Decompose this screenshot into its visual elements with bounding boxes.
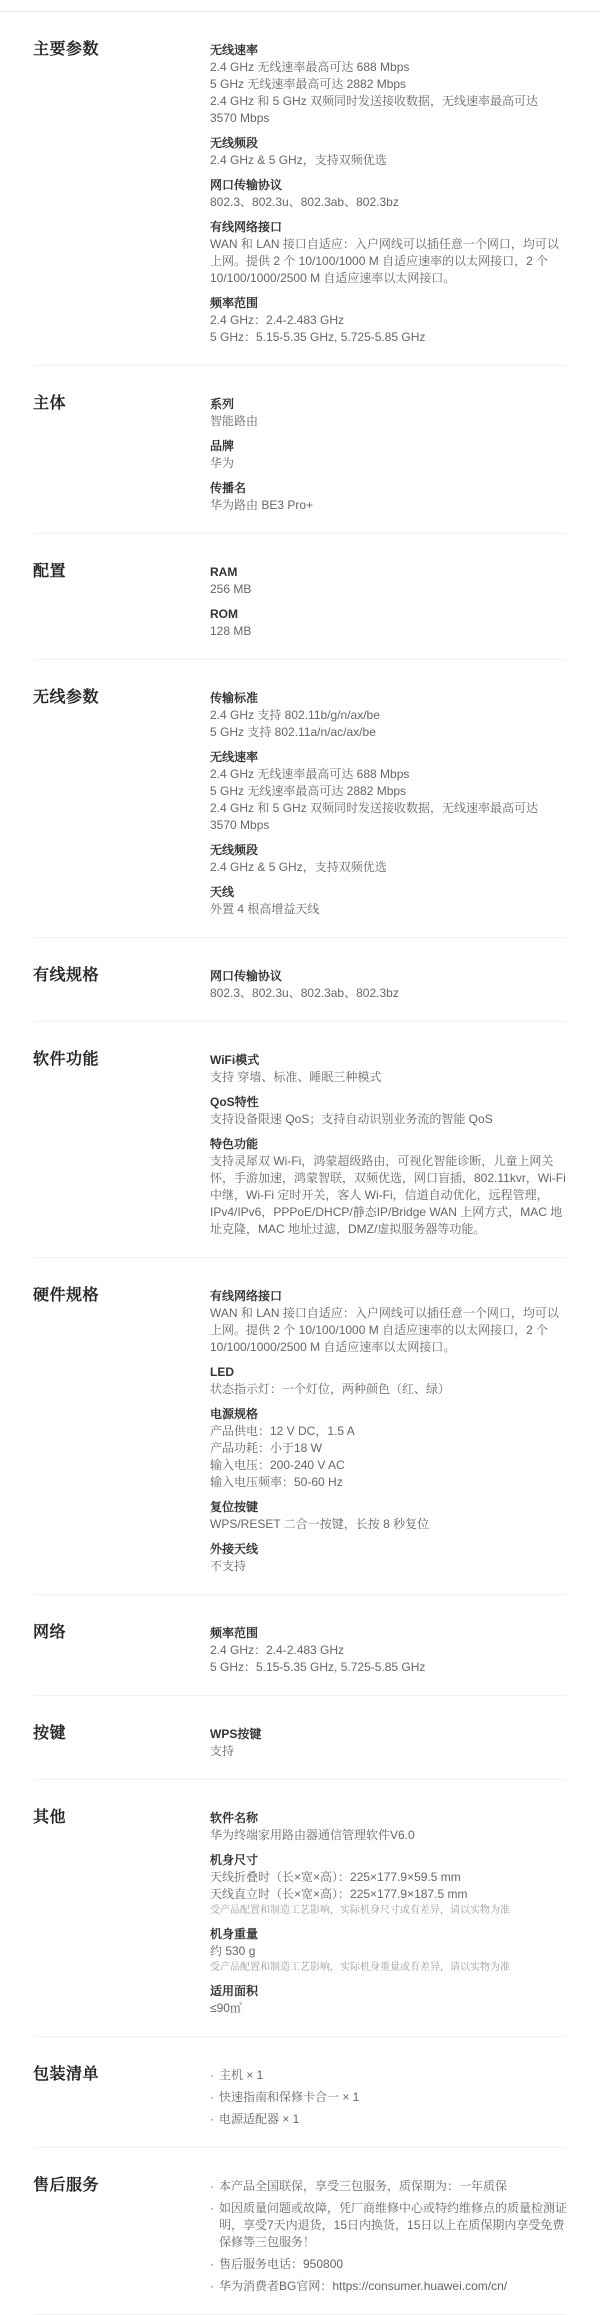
section-body: ·本产品全国联保，享受三包服务，质保期为：一年质保·如因质量问题或故障，凭厂商维… [210, 2178, 567, 2295]
spec-value: 2.4 GHz 支持 802.11b/g/n/ax/be [210, 707, 567, 724]
spec-group: 传输标准2.4 GHz 支持 802.11b/g/n/ax/be5 GHz 支持… [210, 690, 567, 741]
spec-label: 特色功能 [210, 1136, 567, 1153]
bullet-icon: · [210, 2089, 219, 2106]
section-wired-specs: 有线规格网口传输协议802.3、802.3u、802.3ab、802.3bz [0, 938, 600, 1021]
spec-value: WAN 和 LAN 接口自适应：入户网线可以插任意一个网口，均可以上网。提供 2… [210, 1305, 567, 1356]
section-configuration: 配置RAM256 MBROM128 MB [0, 534, 600, 659]
section-package-contents: 包装清单·主机 × 1·快速指南和保修卡合一 × 1·电源适配器 × 1 [0, 2037, 600, 2147]
list-item-text: 主机 × 1 [219, 2067, 567, 2084]
spec-value: 2.4 GHz & 5 GHz，支持双频优选 [210, 152, 567, 169]
section-body: 无线速率2.4 GHz 无线速率最高可达 688 Mbps5 GHz 无线速率最… [210, 42, 567, 346]
section-after-sales: 售后服务·本产品全国联保，享受三包服务，质保期为：一年质保·如因质量问题或故障，… [0, 2148, 600, 2314]
spec-group: 有线网络接口WAN 和 LAN 接口自适应：入户网线可以插任意一个网口，均可以上… [210, 219, 567, 287]
section-body: WiFi模式支持 穿墙、标准、睡眠三种模式QoS特性支持设备限速 QoS；支持自… [210, 1052, 567, 1238]
spec-page: 主要参数无线速率2.4 GHz 无线速率最高可达 688 Mbps5 GHz 无… [0, 11, 600, 2315]
section-title: 主体 [33, 394, 210, 514]
spec-group: 频率范围2.4 GHz：2.4-2.483 GHz5 GHz：5.15-5.35… [210, 1625, 567, 1676]
spec-value: 5 GHz：5.15-5.35 GHz, 5.725-5.85 GHz [210, 329, 567, 346]
spec-label: LED [210, 1364, 567, 1381]
section-title: 售后服务 [33, 2176, 210, 2295]
section-body: 有线网络接口WAN 和 LAN 接口自适应：入户网线可以插任意一个网口，均可以上… [210, 1288, 567, 1575]
section-body: 主体系列智能路由品牌华为传播名华为路由 BE3 Pro+ [0, 366, 600, 533]
spec-value: 支持 穿墙、标准、睡眠三种模式 [210, 1069, 567, 1086]
spec-group: 适用面积≤90㎡ [210, 1983, 567, 2017]
section-title: 配置 [33, 562, 210, 640]
spec-label: 传播名 [210, 480, 567, 497]
spec-label: WPS按键 [210, 1726, 567, 1743]
spec-value: WAN 和 LAN 接口自适应：入户网线可以插任意一个网口，均可以上网。提供 2… [210, 236, 567, 287]
list-item: ·本产品全国联保，享受三包服务，质保期为：一年质保 [210, 2178, 567, 2195]
spec-group: 机身尺寸天线折叠时（长×宽×高）：225×177.9×59.5 mm天线直立时（… [210, 1852, 567, 1918]
spec-value: 约 530 g [210, 1943, 567, 1960]
spec-label: 品牌 [210, 438, 567, 455]
list-item: ·快速指南和保修卡合一 × 1 [210, 2089, 567, 2106]
spec-value: 产品功耗：小于18 W [210, 1440, 567, 1457]
spec-value: 256 MB [210, 581, 567, 598]
section-title: 按键 [33, 1724, 210, 1760]
section-wireless-params: 无线参数传输标准2.4 GHz 支持 802.11b/g/n/ax/be5 GH… [0, 660, 600, 937]
list-item-text: 如因质量问题或故障，凭厂商维修中心或特约维修点的质量检测证明，享受7天内退货，1… [219, 2200, 567, 2251]
bullet-icon: · [210, 2178, 219, 2195]
spec-group: 外接天线不支持 [210, 1541, 567, 1575]
spec-label: ROM [210, 606, 567, 623]
spec-group: 网口传输协议802.3、802.3u、802.3ab、802.3bz [210, 968, 567, 1002]
spec-label: RAM [210, 564, 567, 581]
spec-group: 复位按键WPS/RESET 二合一按键，长按 8 秒复位 [210, 1499, 567, 1533]
spec-value: 5 GHz 无线速率最高可达 2882 Mbps [210, 76, 567, 93]
section-title: 包装清单 [33, 2065, 210, 2128]
section-body: ·主机 × 1·快速指南和保修卡合一 × 1·电源适配器 × 1 [210, 2067, 567, 2128]
spec-value: 天线直立时（长×宽×高）：225×177.9×187.5 mm [210, 1886, 567, 1903]
section-software-features: 软件功能WiFi模式支持 穿墙、标准、睡眠三种模式QoS特性支持设备限速 QoS… [0, 1022, 600, 1257]
spec-value: 天线折叠时（长×宽×高）：225×177.9×59.5 mm [210, 1869, 567, 1886]
spec-value: 智能路由 [210, 413, 567, 430]
spec-label: 无线频段 [210, 842, 567, 859]
spec-group: 传播名华为路由 BE3 Pro+ [210, 480, 567, 514]
list-item: ·主机 × 1 [210, 2067, 567, 2084]
spec-value: 输入电压：200-240 V AC [210, 1457, 567, 1474]
spec-label: 有线网络接口 [210, 219, 567, 236]
spec-value: 2.4 GHz & 5 GHz，支持双频优选 [210, 859, 567, 876]
spec-group: QoS特性支持设备限速 QoS；支持自动识别业务流的智能 QoS [210, 1094, 567, 1128]
bullet-icon: · [210, 2256, 219, 2273]
list-item-text: 华为消费者BG官网：https://consumer.huawei.com/cn… [219, 2278, 567, 2295]
spec-group: RAM256 MB [210, 564, 567, 598]
section-hardware-specs: 硬件规格有线网络接口WAN 和 LAN 接口自适应：入户网线可以插任意一个网口，… [0, 1258, 600, 1594]
spec-value: 2.4 GHz 和 5 GHz 双频同时发送接收数据，无线速率最高可达 3570… [210, 93, 567, 127]
spec-group: 频率范围2.4 GHz：2.4-2.483 GHz5 GHz：5.15-5.35… [210, 295, 567, 346]
spec-value: 2.4 GHz 无线速率最高可达 688 Mbps [210, 766, 567, 783]
section-title: 其他 [33, 1808, 210, 2017]
spec-note: 受产品配置和制造工艺影响，实际机身重量或有差异，请以实物为准 [210, 1960, 567, 1975]
spec-group: 网口传输协议802.3、802.3u、802.3ab、802.3bz [210, 177, 567, 211]
spec-note: 受产品配置和制造工艺影响，实际机身尺寸或有差异，请以实物为准 [210, 1903, 567, 1918]
spec-group: 特色功能支持灵犀双 Wi-Fi，鸿蒙超级路由，可视化智能诊断，儿童上网关怀，手游… [210, 1136, 567, 1238]
section-title: 有线规格 [33, 966, 210, 1002]
section-body: 网口传输协议802.3、802.3u、802.3ab、802.3bz [210, 968, 567, 1002]
bullet-icon: · [210, 2067, 219, 2084]
spec-label: 外接天线 [210, 1541, 567, 1558]
spec-value: 支持设备限速 QoS；支持自动识别业务流的智能 QoS [210, 1111, 567, 1128]
section-network: 网络频率范围2.4 GHz：2.4-2.483 GHz5 GHz：5.15-5.… [0, 1595, 600, 1695]
spec-label: 适用面积 [210, 1983, 567, 2000]
spec-value: 2.4 GHz 和 5 GHz 双频同时发送接收数据，无线速率最高可达 3570… [210, 800, 567, 834]
aftersales-website-link[interactable]: https://consumer.huawei.com/cn/ [332, 2279, 507, 2293]
spec-label: 机身重量 [210, 1926, 567, 1943]
section-body: 软件名称华为终端家用路由器通信管理软件V6.0机身尺寸天线折叠时（长×宽×高）：… [210, 1810, 567, 2017]
spec-group: 品牌华为 [210, 438, 567, 472]
list-item: ·华为消费者BG官网：https://consumer.huawei.com/c… [210, 2278, 567, 2295]
spec-value: 2.4 GHz：2.4-2.483 GHz [210, 1642, 567, 1659]
spec-value: 5 GHz：5.15-5.35 GHz, 5.725-5.85 GHz [210, 1659, 567, 1676]
spec-value: 产品供电：12 V DC，1.5 A [210, 1423, 567, 1440]
list-item-text: 售后服务电话：950800 [219, 2256, 567, 2273]
spec-group: 无线频段2.4 GHz & 5 GHz，支持双频优选 [210, 135, 567, 169]
spec-value: 华为终端家用路由器通信管理软件V6.0 [210, 1827, 567, 1844]
section-title: 网络 [33, 1623, 210, 1676]
spec-group: 无线频段2.4 GHz & 5 GHz，支持双频优选 [210, 842, 567, 876]
spec-value: 802.3、802.3u、802.3ab、802.3bz [210, 194, 567, 211]
spec-label: 网口传输协议 [210, 177, 567, 194]
spec-group: 天线外置 4 根高增益天线 [210, 884, 567, 918]
section-title: 主要参数 [33, 40, 210, 346]
bullet-icon: · [210, 2111, 219, 2128]
spec-value: 支持 [210, 1743, 567, 1760]
spec-label: QoS特性 [210, 1094, 567, 1111]
spec-label: 电源规格 [210, 1406, 567, 1423]
spec-group: 无线速率2.4 GHz 无线速率最高可达 688 Mbps5 GHz 无线速率最… [210, 749, 567, 834]
bullet-icon: · [210, 2200, 219, 2251]
section-title: 无线参数 [33, 688, 210, 918]
list-item: ·如因质量问题或故障，凭厂商维修中心或特约维修点的质量检测证明，享受7天内退货，… [210, 2200, 567, 2251]
section-body: 系列智能路由品牌华为传播名华为路由 BE3 Pro+ [210, 396, 567, 514]
section-title: 软件功能 [33, 1050, 210, 1238]
section-body: 频率范围2.4 GHz：2.4-2.483 GHz5 GHz：5.15-5.35… [210, 1625, 567, 1676]
spec-label: WiFi模式 [210, 1052, 567, 1069]
spec-label: 无线速率 [210, 749, 567, 766]
spec-value: 支持灵犀双 Wi-Fi，鸿蒙超级路由，可视化智能诊断，儿童上网关怀，手游加速，鸿… [210, 1153, 567, 1238]
spec-group: LED状态指示灯：一个灯位，两种颜色（红、绿） [210, 1364, 567, 1398]
spec-label: 复位按键 [210, 1499, 567, 1516]
spec-group: 电源规格产品供电：12 V DC，1.5 A产品功耗：小于18 W输入电压：20… [210, 1406, 567, 1491]
section-body: RAM256 MBROM128 MB [210, 564, 567, 640]
spec-value: 5 GHz 无线速率最高可达 2882 Mbps [210, 783, 567, 800]
spec-value: 状态指示灯：一个灯位，两种颜色（红、绿） [210, 1381, 567, 1398]
spec-label: 频率范围 [210, 295, 567, 312]
list-item-text: 快速指南和保修卡合一 × 1 [219, 2089, 567, 2106]
list-item-text: 本产品全国联保，享受三包服务，质保期为：一年质保 [219, 2178, 567, 2195]
section-main-params: 主要参数无线速率2.4 GHz 无线速率最高可达 688 Mbps5 GHz 无… [0, 12, 600, 365]
list-item-text: 电源适配器 × 1 [219, 2111, 567, 2128]
spec-group: ROM128 MB [210, 606, 567, 640]
spec-value: ≤90㎡ [210, 2000, 567, 2017]
section-body: 传输标准2.4 GHz 支持 802.11b/g/n/ax/be5 GHz 支持… [210, 690, 567, 918]
spec-group: 无线速率2.4 GHz 无线速率最高可达 688 Mbps5 GHz 无线速率最… [210, 42, 567, 127]
spec-label: 无线速率 [210, 42, 567, 59]
spec-value: 输入电压频率：50-60 Hz [210, 1474, 567, 1491]
spec-group: WiFi模式支持 穿墙、标准、睡眠三种模式 [210, 1052, 567, 1086]
spec-group: 有线网络接口WAN 和 LAN 接口自适应：入户网线可以插任意一个网口，均可以上… [210, 1288, 567, 1356]
spec-value: 2.4 GHz：2.4-2.483 GHz [210, 312, 567, 329]
spec-label: 机身尺寸 [210, 1852, 567, 1869]
spec-label: 无线频段 [210, 135, 567, 152]
list-item: ·售后服务电话：950800 [210, 2256, 567, 2273]
spec-value: 128 MB [210, 623, 567, 640]
section-others: 其他软件名称华为终端家用路由器通信管理软件V6.0机身尺寸天线折叠时（长×宽×高… [0, 1780, 600, 2036]
spec-value: 5 GHz 支持 802.11a/n/ac/ax/be [210, 724, 567, 741]
spec-value: WPS/RESET 二合一按键，长按 8 秒复位 [210, 1516, 567, 1533]
spec-group: WPS按键支持 [210, 1726, 567, 1760]
spec-label: 传输标准 [210, 690, 567, 707]
spec-group: 软件名称华为终端家用路由器通信管理软件V6.0 [210, 1810, 567, 1844]
spec-table: 主要参数无线速率2.4 GHz 无线速率最高可达 688 Mbps5 GHz 无… [0, 12, 600, 2315]
spec-value: 802.3、802.3u、802.3ab、802.3bz [210, 985, 567, 1002]
spec-label: 网口传输协议 [210, 968, 567, 985]
spec-label: 软件名称 [210, 1810, 567, 1827]
section-title: 硬件规格 [33, 1286, 210, 1575]
spec-value: 华为路由 BE3 Pro+ [210, 497, 567, 514]
spec-value: 华为 [210, 455, 567, 472]
spec-group: 机身重量约 530 g受产品配置和制造工艺影响，实际机身重量或有差异，请以实物为… [210, 1926, 567, 1975]
spec-value: 不支持 [210, 1558, 567, 1575]
spec-label: 频率范围 [210, 1625, 567, 1642]
bullet-icon: · [210, 2278, 219, 2295]
list-item: ·电源适配器 × 1 [210, 2111, 567, 2128]
spec-value: 外置 4 根高增益天线 [210, 901, 567, 918]
spec-value: 2.4 GHz 无线速率最高可达 688 Mbps [210, 59, 567, 76]
section-buttons: 按键WPS按键支持 [0, 1696, 600, 1779]
spec-label: 系列 [210, 396, 567, 413]
spec-label: 有线网络接口 [210, 1288, 567, 1305]
spec-label: 天线 [210, 884, 567, 901]
section-body: WPS按键支持 [210, 1726, 567, 1760]
spec-group: 系列智能路由 [210, 396, 567, 430]
